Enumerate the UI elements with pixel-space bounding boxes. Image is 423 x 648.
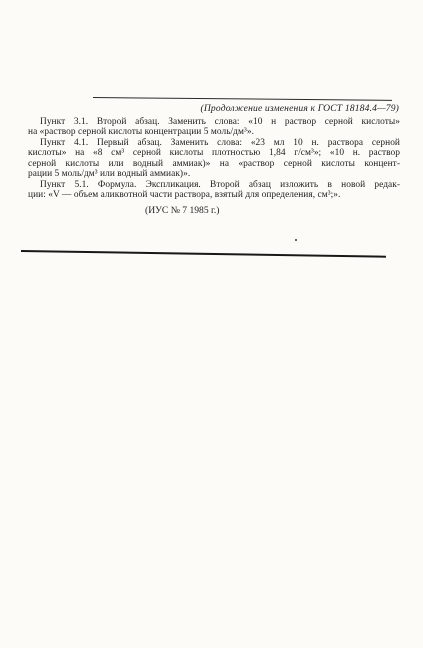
document-page: (Продолжение изменения к ГОСТ 18184.4—79…	[0, 0, 423, 648]
document-body: Пункт 3.1. Второй абзац. Заменить слова:…	[28, 117, 400, 201]
publication-reference: (ИУС № 7 1985 г.)	[145, 205, 220, 216]
ink-speck	[295, 239, 297, 241]
footer-rule	[21, 250, 386, 258]
continuation-header: (Продолжение изменения к ГОСТ 18184.4—79…	[201, 103, 400, 114]
paragraph-4-1-line: серной кислоты или водный аммиак)» на «р…	[28, 159, 400, 169]
paragraph-4-1-line: Пункт 4.1. Первый абзац. Заменить слова:…	[28, 138, 400, 148]
paragraph-5-1-line: ции: «V — объем аликвотной части раствор…	[28, 190, 400, 200]
paragraph-4-1-line: рации 5 моль/дм³ или водный аммиак)».	[28, 169, 400, 179]
paragraph-3-1-line: на «раствор серной кислоты концентрации …	[28, 127, 400, 137]
header-rule	[93, 97, 392, 101]
paragraph-4-1-line: кислоты» на «8 см³ серной кислоты плотно…	[28, 148, 400, 158]
paragraph-5-1-line: Пункт 5.1. Формула. Экспликация. Второй …	[28, 180, 400, 190]
paragraph-3-1-line: Пункт 3.1. Второй абзац. Заменить слова:…	[28, 117, 400, 127]
